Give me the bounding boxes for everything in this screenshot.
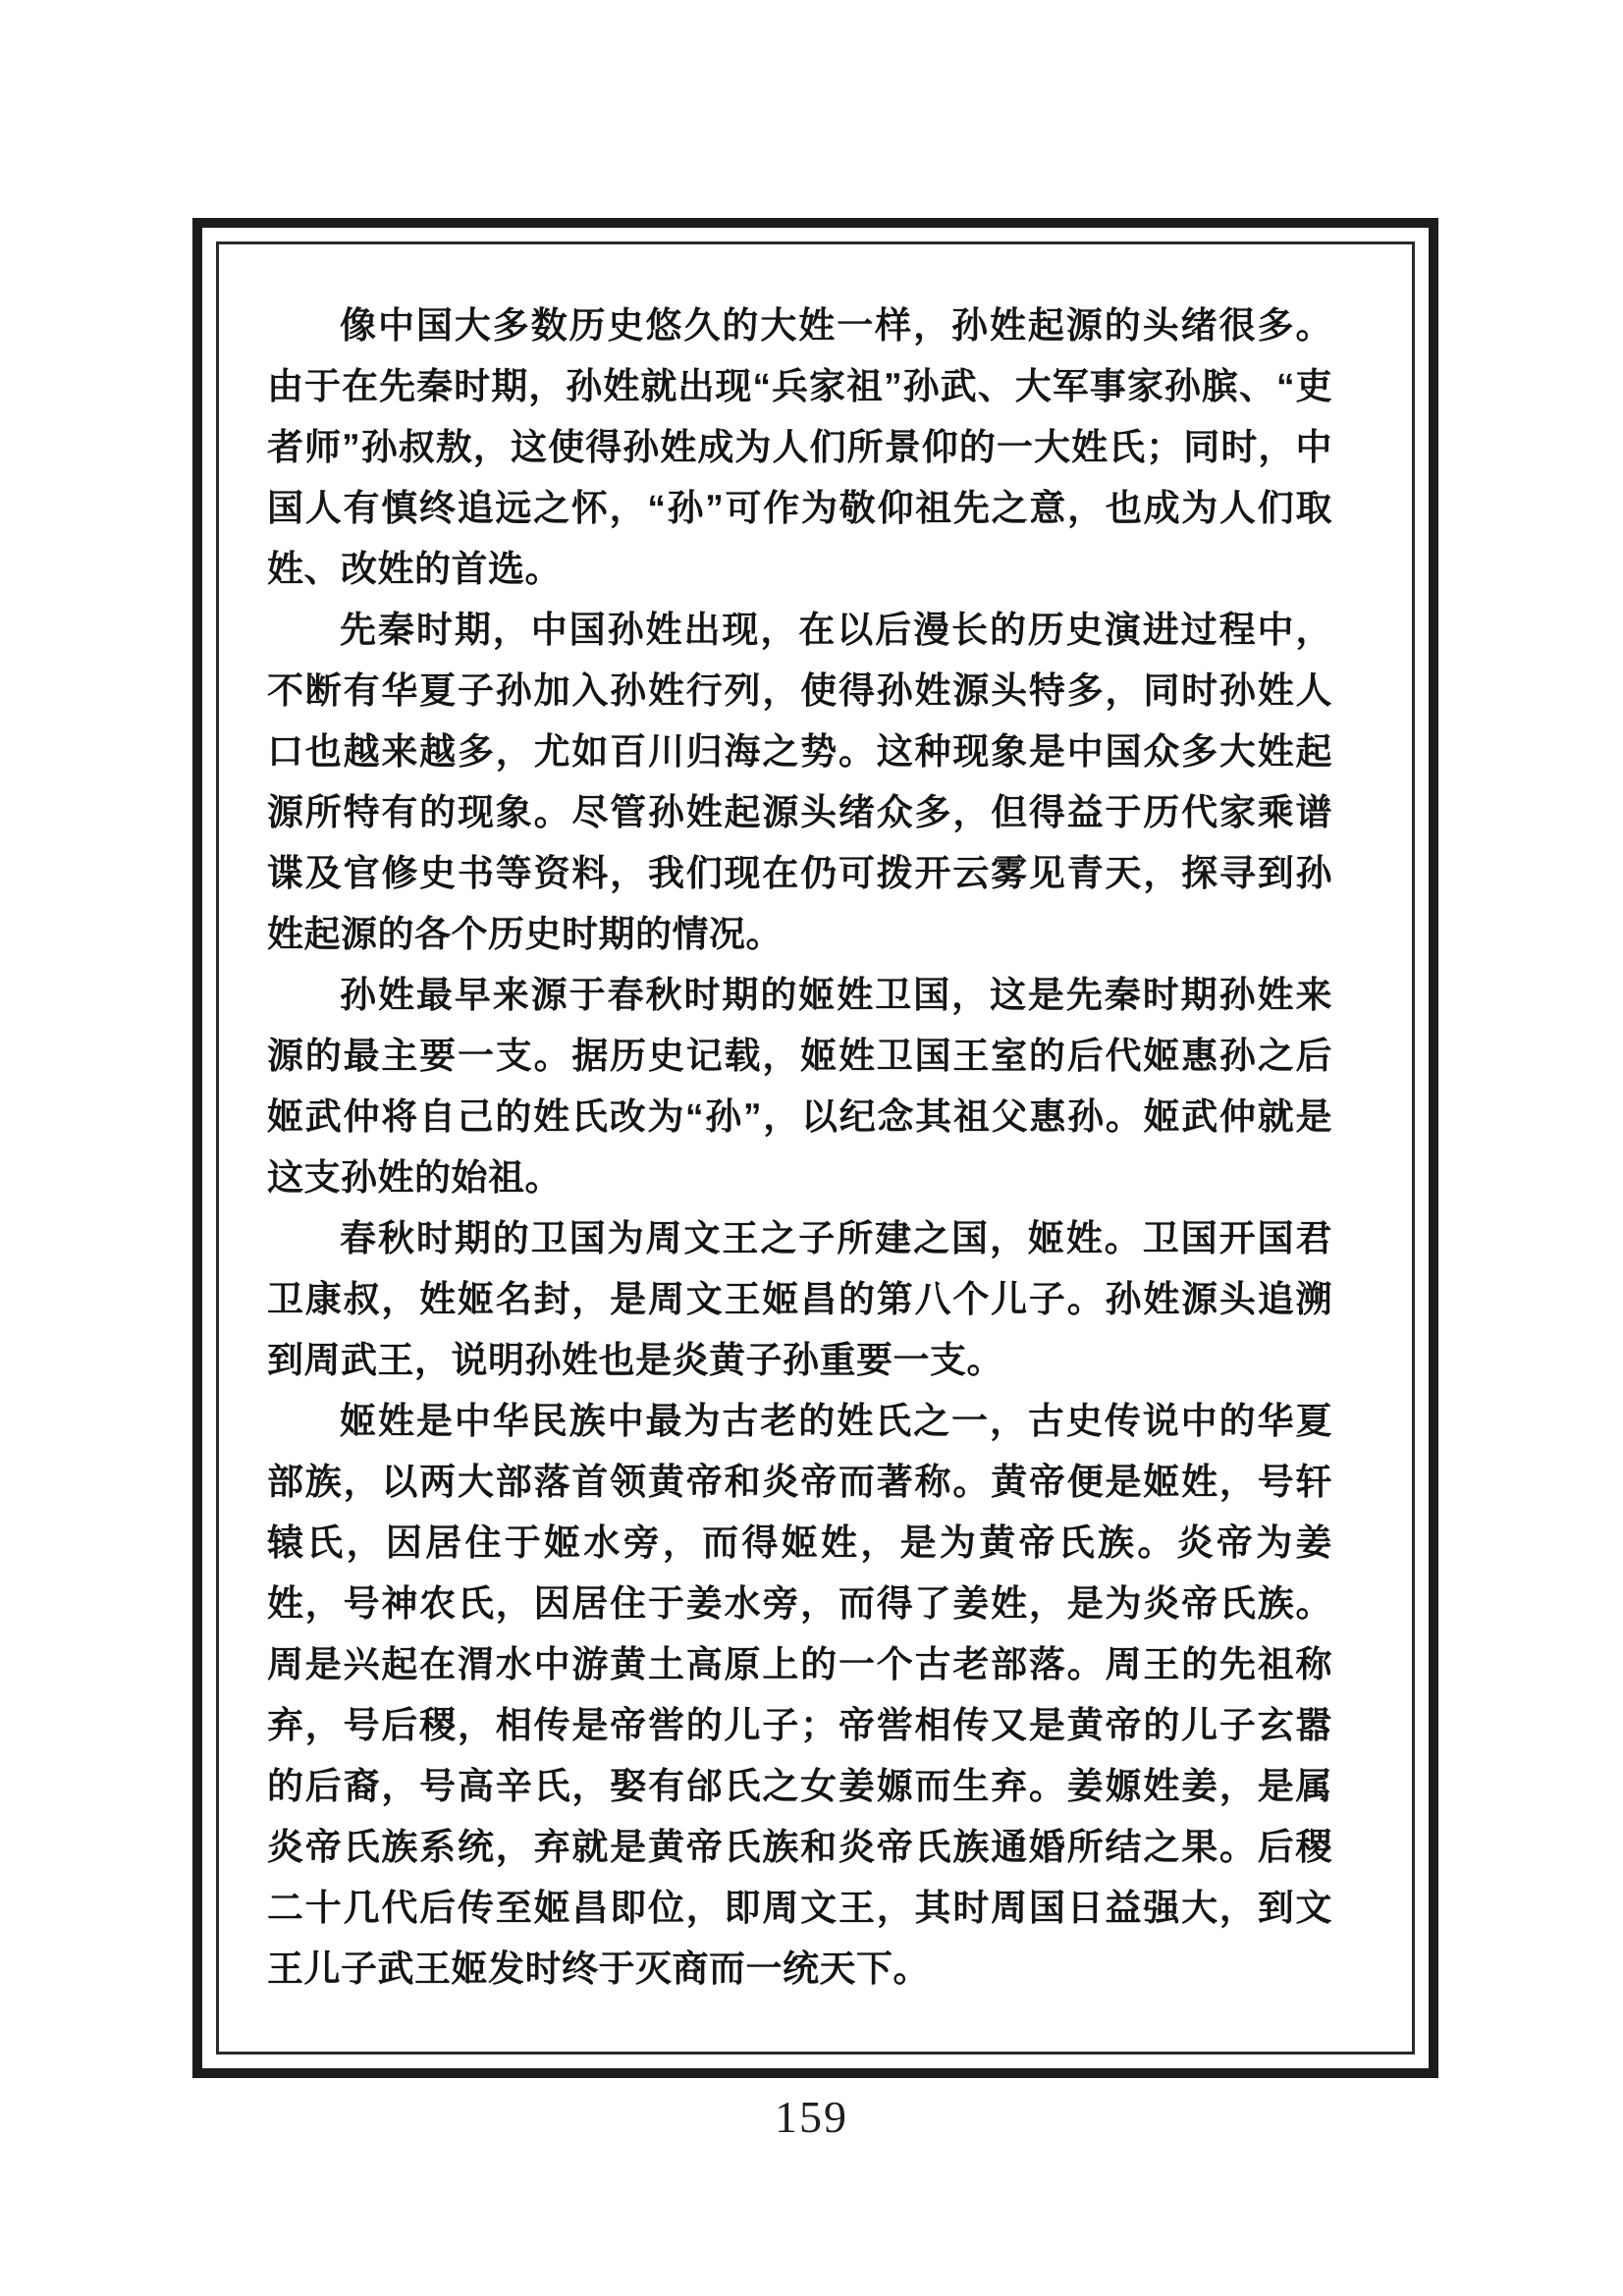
page-inner-border: 像中国大多数历史悠久的大姓一样，孙姓起源的头绪很多。由于在先秦时期，孙姓就出现“… bbox=[216, 241, 1415, 2055]
page-number: 159 bbox=[0, 2091, 1623, 2143]
book-page: 像中国大多数历史悠久的大姓一样，孙姓起源的头绪很多。由于在先秦时期，孙姓就出现“… bbox=[0, 0, 1623, 2296]
paragraph: 孙姓最早来源于春秋时期的姬姓卫国，这是先秦时期孙姓来源的最主要一支。据历史记载，… bbox=[267, 965, 1332, 1208]
paragraph: 像中国大多数历史悠久的大姓一样，孙姓起源的头绪很多。由于在先秦时期，孙姓就出现“… bbox=[267, 295, 1332, 600]
paragraph: 先秦时期，中国孙姓出现，在以后漫长的历史演进过程中，不断有华夏子孙加入孙姓行列，… bbox=[267, 600, 1332, 965]
paragraph: 姬姓是中华民族中最为古老的姓氏之一，古史传说中的华夏部族，以两大部落首领黄帝和炎… bbox=[267, 1391, 1332, 2000]
page-outer-border: 像中国大多数历史悠久的大姓一样，孙姓起源的头绪很多。由于在先秦时期，孙姓就出现“… bbox=[192, 218, 1438, 2078]
paragraph: 春秋时期的卫国为周文王之子所建之国，姬姓。卫国开国君卫康叔，姓姬名封，是周文王姬… bbox=[267, 1208, 1332, 1391]
body-text: 像中国大多数历史悠久的大姓一样，孙姓起源的头绪很多。由于在先秦时期，孙姓就出现“… bbox=[267, 295, 1332, 2000]
